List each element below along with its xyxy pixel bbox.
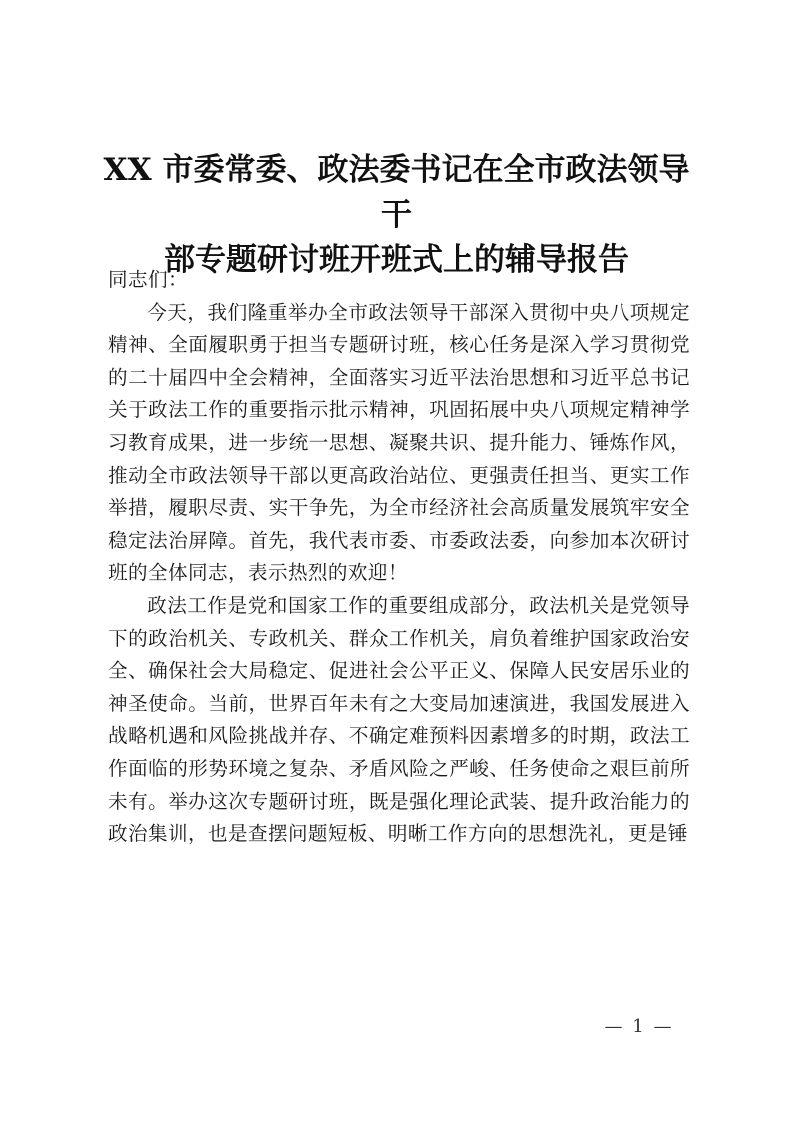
document-body: 同志们： 今天，我们隆重举办全市政法领导干部深入贯彻中央八项规定精神、全面履职勇… [108, 264, 690, 851]
document-title: XX 市委常委、政法委书记在全市政法领导干 部专题研讨班开班式上的辅导报告 [96, 148, 697, 283]
title-line-1: XX 市委常委、政法委书记在全市政法领导干 [96, 148, 697, 238]
paragraph-1: 今天，我们隆重举办全市政法领导干部深入贯彻中央八项规定精神、全面履职勇于担当专题… [108, 297, 690, 590]
document-page: XX 市委常委、政法委书记在全市政法领导干 部专题研讨班开班式上的辅导报告 同志… [0, 0, 793, 1122]
salutation: 同志们： [108, 264, 690, 297]
page-number: — 1 — [604, 1016, 674, 1037]
paragraph-2: 政法工作是党和国家工作的重要组成部分，政法机关是党领导下的政治机关、专政机关、群… [108, 590, 690, 851]
